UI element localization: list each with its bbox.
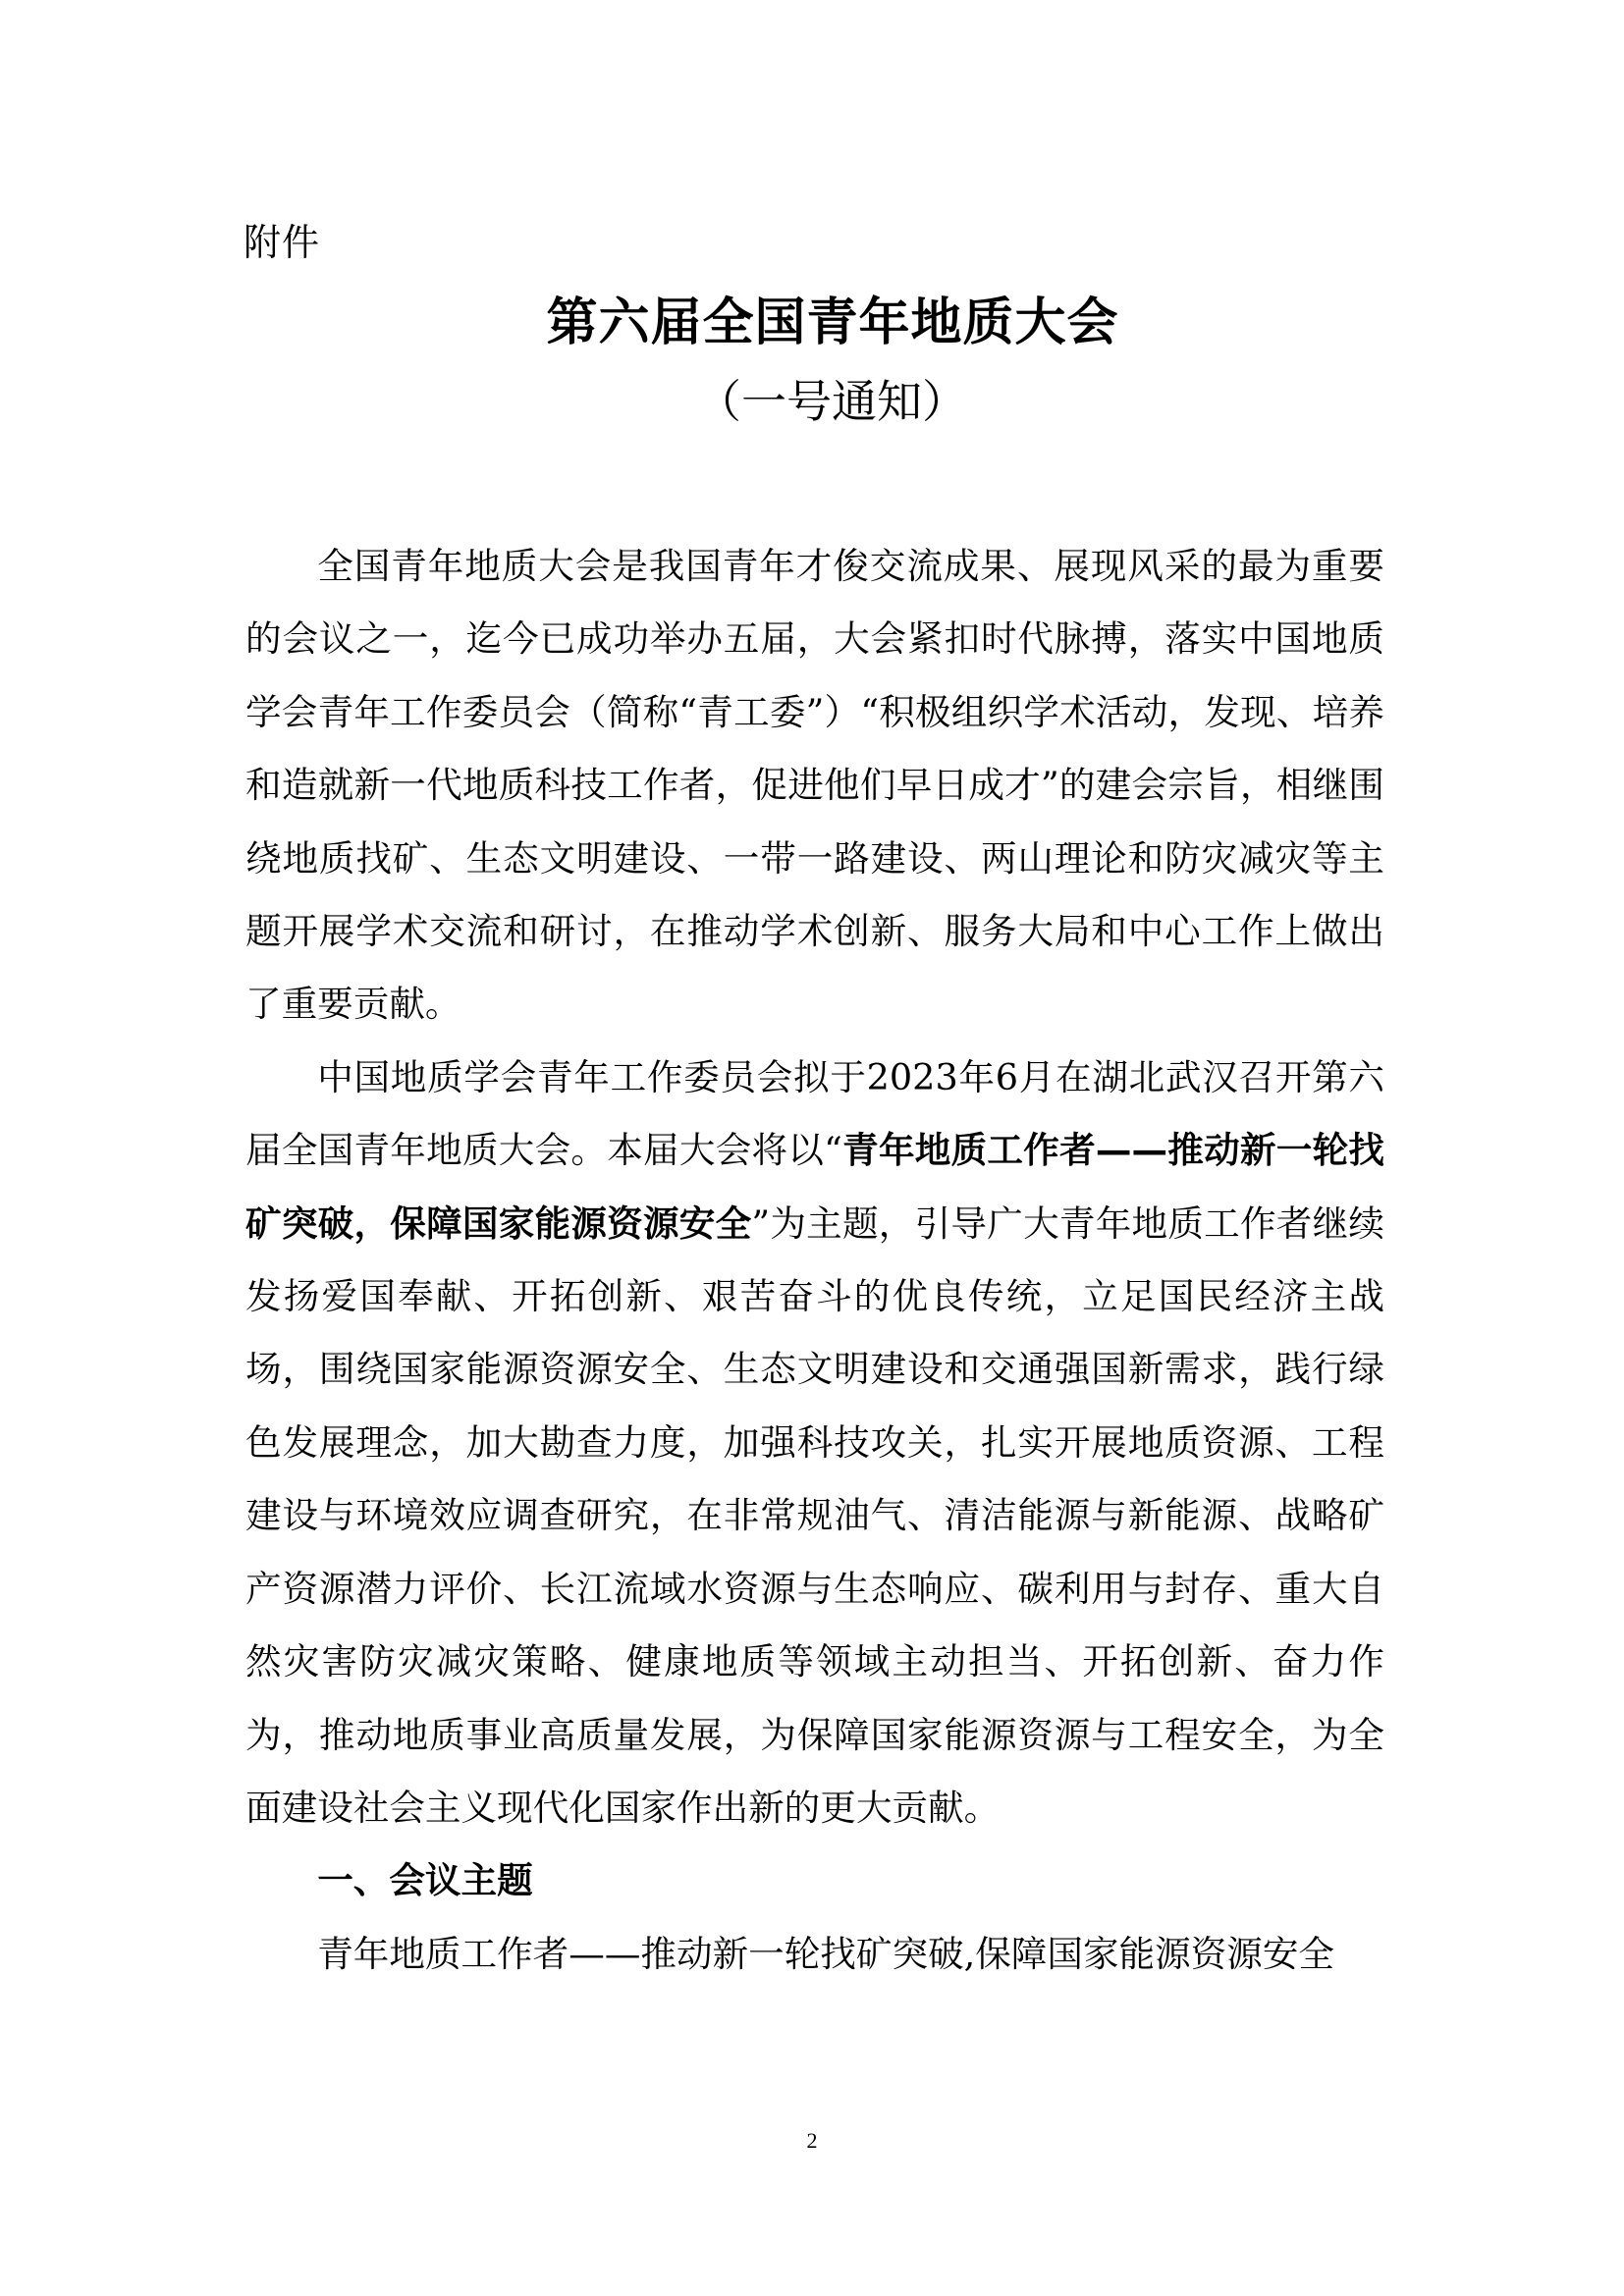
document-title: 第六届全国青年地质大会	[0, 291, 1624, 355]
section-heading-theme: 一、会议主题	[245, 1844, 1384, 1917]
conference-paragraph-rest: ”为主题，引导广大青年地质工作者继续发扬爱国奉献、开拓创新、艰苦奋斗的优良传统，…	[245, 1202, 1384, 1829]
attachment-label: 附件	[244, 218, 320, 267]
page-number: 2	[0, 2128, 1624, 2154]
document-body: 全国青年地质大会是我国青年才俊交流成果、展现风采的最为重要的会议之一，迄今已成功…	[245, 530, 1384, 1991]
document-page: 附件 第六届全国青年地质大会 （一号通知） 全国青年地质大会是我国青年才俊交流成…	[0, 0, 1624, 2296]
document-subtitle: （一号通知）	[0, 371, 1624, 432]
intro-paragraph: 全国青年地质大会是我国青年才俊交流成果、展现风采的最为重要的会议之一，迄今已成功…	[245, 530, 1384, 1041]
conference-paragraph: 中国地质学会青年工作委员会拟于2023年6月在湖北武汉召开第六届全国青年地质大会…	[245, 1041, 1384, 1844]
section-content-theme: 青年地质工作者——推动新一轮找矿突破,保障国家能源资源安全	[245, 1918, 1384, 1991]
